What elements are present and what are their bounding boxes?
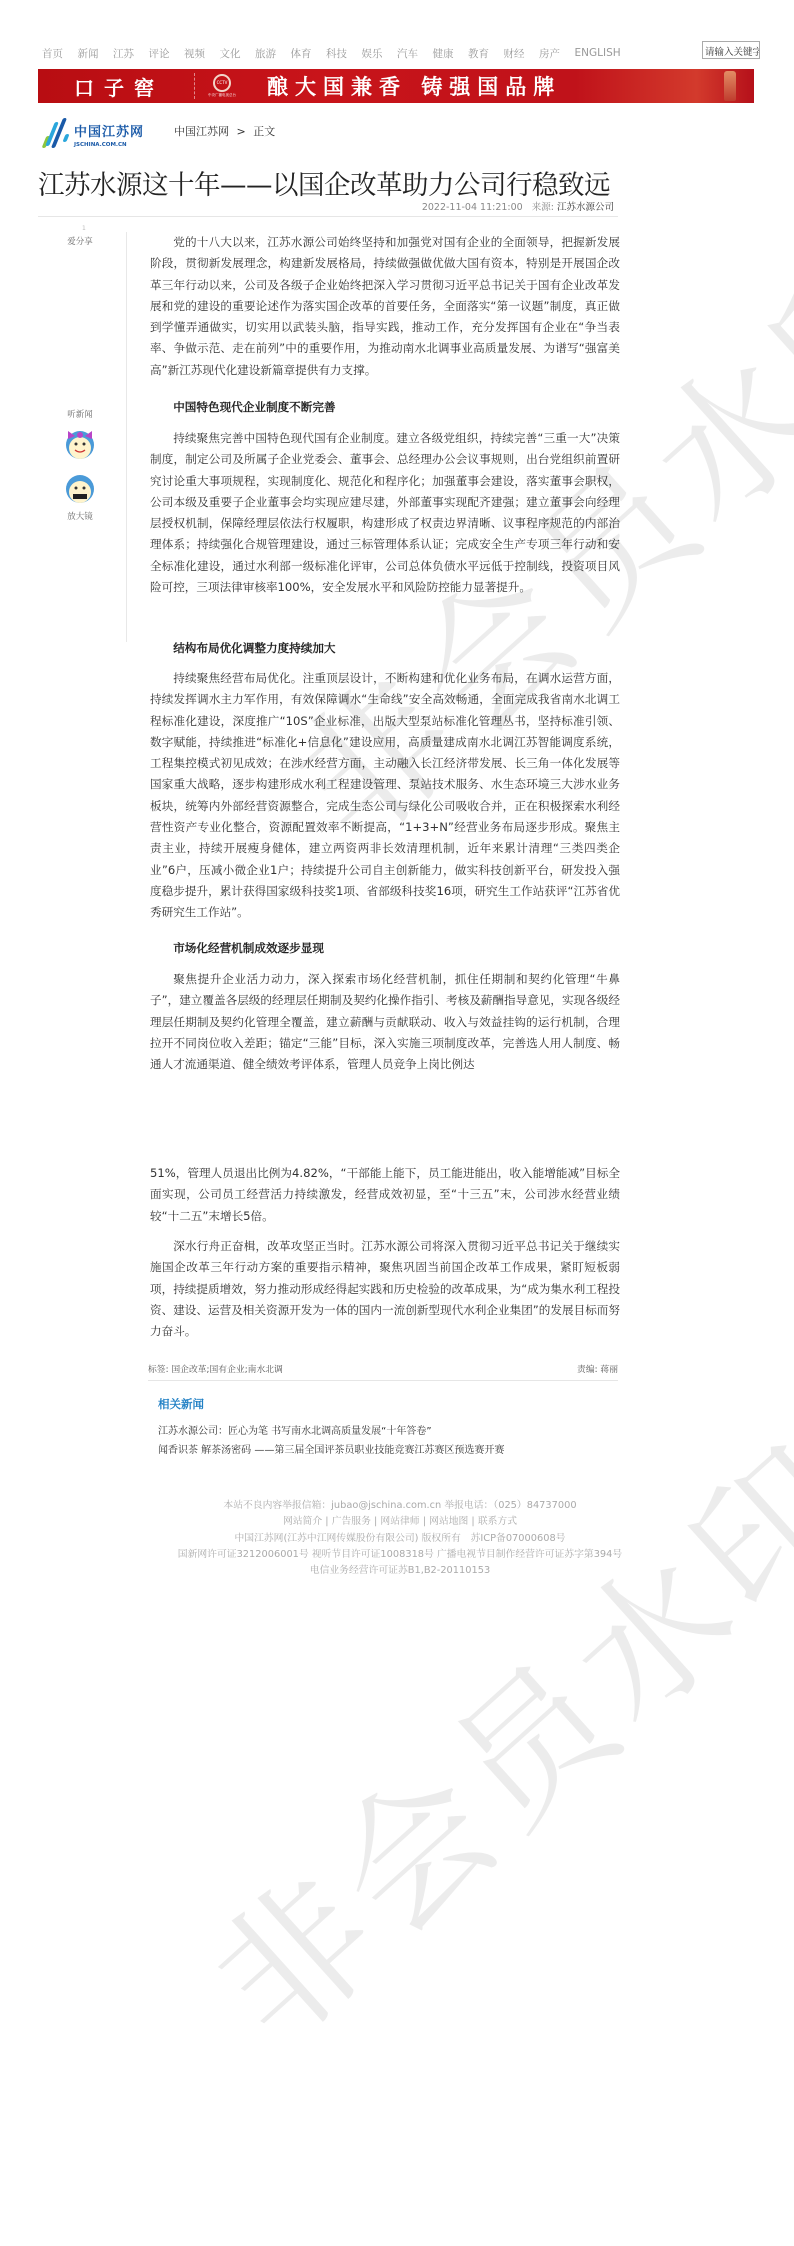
- listen-news-mascot-icon[interactable]: [60, 423, 100, 461]
- banner-slogan: 酿大国兼香 铸强国品牌: [267, 71, 561, 101]
- watermark: 非会员水印: [160, 1385, 794, 2081]
- share-button[interactable]: 爱分享: [60, 235, 100, 247]
- footer-copyright: 中国江苏网(江苏中江网传媒股份有限公司) 版权所有 苏ICP备07000608号: [140, 1531, 660, 1547]
- article-paragraph: 持续聚焦经营布局优化。注重顶层设计，不断构建和优化业务布局，在调水运营方面，持续…: [150, 668, 620, 924]
- related-news-heading: 相关新闻: [158, 1396, 204, 1412]
- page-title: 江苏水源这十年——以国企改革助力公司行稳致远: [38, 163, 610, 202]
- article-paragraph: 深水行舟正奋楫，改革攻坚正当时。江苏水源公司将深入贯彻习近平总书记关于继续实施国…: [150, 1236, 620, 1342]
- article-tags-bar: 标签: 国企改革;国有企业;南水北调 责编: 蒋丽: [148, 1362, 618, 1375]
- nav-item-travel[interactable]: 旅游: [255, 46, 276, 61]
- listen-news-label: 听新闻: [60, 408, 100, 420]
- top-navigation: 首页 新闻 江苏 评论 视频 文化 旅游 体育 科技 娱乐 汽车 健康 教育 财…: [42, 45, 760, 61]
- section-heading: 中国特色现代企业制度不断完善: [150, 397, 620, 418]
- article-meta: 2022-11-04 11:21:00 来源: 江苏水源公司: [422, 199, 614, 213]
- breadcrumb-separator: >: [237, 125, 246, 138]
- tags-list[interactable]: 国企改革;国有企业;南水北调: [171, 1365, 283, 1375]
- tags-divider: [148, 1380, 618, 1381]
- source-name: 江苏水源公司: [557, 202, 614, 213]
- article-paragraph: 党的十八大以来，江苏水源公司始终坚持和加强党对国有企业的全面领导，把握新发展阶段…: [150, 232, 620, 381]
- breadcrumb-current: 正文: [253, 125, 275, 138]
- section-heading: 结构布局优化调整力度持续加大: [150, 638, 620, 659]
- article-paragraph: 聚焦提升企业活力动力，深入探索市场化经营机制，抓住任期制和契约化管理“牛鼻子”，…: [150, 969, 620, 1075]
- banner-divider: [194, 73, 195, 99]
- share-count: 1: [82, 225, 86, 232]
- logo-mark-icon: [40, 114, 70, 154]
- magnifier-mascot-icon[interactable]: [60, 469, 100, 507]
- nav-item-auto[interactable]: 汽车: [397, 46, 418, 61]
- banner-brand: 口子窖: [74, 72, 184, 101]
- tags-label: 标签:: [148, 1365, 169, 1375]
- footer-licenses: 国新网许可证3212006001号 视听节目许可证1008318号 广播电视节目…: [140, 1547, 660, 1563]
- footer-link-ads[interactable]: 广告服务: [332, 1516, 371, 1527]
- footer-links: 网站简介 | 广告服务 | 网站律师 | 网站地图 | 联系方式: [140, 1514, 660, 1530]
- nav-item-sports[interactable]: 体育: [291, 46, 312, 61]
- publish-datetime: 2022-11-04 11:21:00: [422, 202, 523, 213]
- banner-ad[interactable]: 口子窖 CCTV 中央广播电视总台 酿大国兼香 铸强国品牌: [38, 69, 754, 103]
- nav-item-comment[interactable]: 评论: [149, 46, 170, 61]
- nav-item-finance[interactable]: 财经: [504, 46, 525, 61]
- source-label: 来源:: [532, 202, 554, 213]
- nav-item-jiangsu[interactable]: 江苏: [113, 46, 134, 61]
- nav-item-culture[interactable]: 文化: [220, 46, 241, 61]
- cctv-badge: CCTV: [213, 74, 231, 92]
- footer-link-contact[interactable]: 联系方式: [478, 1516, 517, 1527]
- breadcrumb: 中国江苏网 > 正文: [174, 123, 275, 139]
- logo-name-en: JSCHINA.COM.CN: [74, 142, 144, 148]
- site-logo[interactable]: 中国江苏网 JSCHINA.COM.CN: [40, 113, 150, 155]
- related-news-link[interactable]: 江苏水源公司：匠心为笔 书写南水北调高质量发展“十年答卷”: [158, 1422, 432, 1437]
- logo-name-cn: 中国江苏网: [74, 121, 144, 140]
- nav-item-house[interactable]: 房产: [539, 46, 560, 61]
- bottle-icon: [724, 71, 736, 101]
- side-divider: [126, 232, 127, 642]
- section-heading: 市场化经营机制成效逐步显现: [150, 938, 620, 959]
- nav-item-entertainment[interactable]: 娱乐: [362, 46, 383, 61]
- footer-link-sitemap[interactable]: 网站地图: [429, 1516, 468, 1527]
- footer-link-lawyer[interactable]: 网站律师: [380, 1516, 419, 1527]
- meta-divider: [38, 216, 618, 217]
- cctv-logo-icon: CCTV 中央广播电视总台: [205, 72, 239, 100]
- editor-label: 责编:: [577, 1365, 598, 1375]
- nav-item-education[interactable]: 教育: [468, 46, 489, 61]
- article-paragraph: 持续聚焦完善中国特色现代国有企业制度。建立各级党组织，持续完善“三重一大”决策制…: [150, 428, 620, 598]
- nav-item-news[interactable]: 新闻: [78, 46, 99, 61]
- nav-item-video[interactable]: 视频: [184, 46, 205, 61]
- nav-item-home[interactable]: 首页: [42, 46, 63, 61]
- editor-name: 蒋丽: [600, 1365, 618, 1375]
- breadcrumb-home[interactable]: 中国江苏网: [174, 125, 229, 138]
- footer-report: 本站不良内容举报信箱：jubao@jschina.com.cn 举报电话：（02…: [140, 1498, 660, 1514]
- footer-link-about[interactable]: 网站简介: [283, 1516, 322, 1527]
- magnifier-label: 放大镜: [60, 510, 100, 522]
- article-paragraph-continued: 51%，管理人员退出比例为4.82%，“干部能上能下，员工能进能出，收入能增能减…: [150, 1163, 620, 1227]
- related-news-link[interactable]: 闻香识茶 解茶汤密码 ——第三届全国评茶员职业技能竞赛江苏赛区预选赛开赛: [158, 1441, 504, 1456]
- footer-telecom: 电信业务经营许可证苏B1,B2-20110153: [140, 1563, 660, 1579]
- footer: 本站不良内容举报信箱：jubao@jschina.com.cn 举报电话：（02…: [140, 1498, 660, 1579]
- nav-item-tech[interactable]: 科技: [326, 46, 347, 61]
- cctv-sub: 中央广播电视总台: [208, 93, 236, 98]
- nav-item-health[interactable]: 健康: [433, 46, 454, 61]
- nav-item-english[interactable]: ENGLISH: [575, 47, 621, 59]
- search-input[interactable]: 请输入关键字搜: [702, 41, 760, 59]
